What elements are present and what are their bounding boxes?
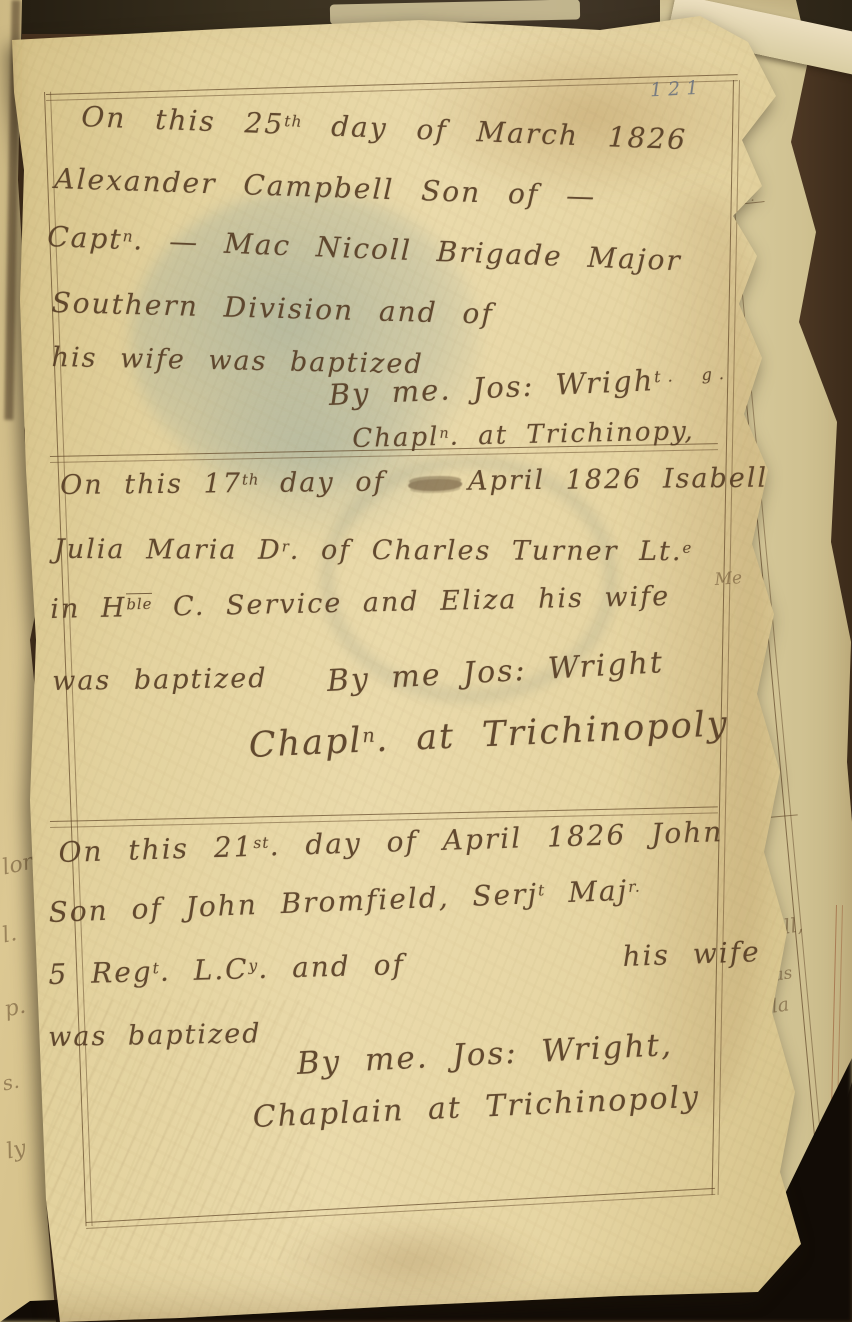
signature-line: By me. Jos: Wright. g. bbox=[328, 360, 732, 412]
entry-date-line: On this 17th day of April 1826 Isabella bbox=[60, 462, 786, 501]
stain bbox=[280, 1220, 540, 1300]
entry-baptized-line: was baptized bbox=[52, 663, 268, 697]
page-number: 121 bbox=[649, 77, 704, 102]
entry-parent-line: Captn. — Mac Nicoll Brigade Major bbox=[47, 220, 683, 277]
entry-baptized-line: was baptized bbox=[48, 1018, 262, 1053]
entry-parent-line: Son of John Bromfield, Serjt Majr. bbox=[48, 873, 641, 929]
entry-baptized-line: his wife was baptized bbox=[51, 342, 424, 380]
chaplain-line: Chaplain at Trichinopoly bbox=[252, 1080, 701, 1135]
table-border-top bbox=[46, 74, 738, 101]
stain bbox=[130, 190, 480, 490]
stain bbox=[180, 370, 450, 540]
entry-parent-line: in Hble C. Service and Eliza his wife bbox=[50, 581, 671, 625]
entry-date-line: On this 25th day of March 1826 bbox=[81, 100, 688, 156]
entry-division-line: Southern Division and of bbox=[51, 286, 494, 331]
table-border-right bbox=[712, 80, 740, 1195]
table-border-left bbox=[44, 92, 93, 1226]
margin-fragment: Me bbox=[714, 568, 743, 590]
entry-name-line: Alexander Campbell Son of — bbox=[54, 162, 597, 213]
entry-name-line: Julia Maria Dr. of Charles Turner Lt.e bbox=[54, 534, 692, 567]
struck-out-word bbox=[408, 479, 462, 492]
stain bbox=[620, 190, 770, 1110]
entry-date-line: On this 21st. day of April 1826 John bbox=[58, 815, 724, 869]
register-page-wrap: 121 On this 25th day of March 1826 Alexa… bbox=[0, 0, 852, 1322]
register-page: 121 On this 25th day of March 1826 Alexa… bbox=[0, 0, 852, 1322]
table-row-divider bbox=[50, 443, 718, 463]
stain-ring bbox=[320, 455, 618, 703]
table-row-divider bbox=[50, 806, 718, 828]
ink-showthrough-hatch bbox=[40, 1000, 310, 1260]
chaplain-line: Chapln. at Trichinopy, bbox=[352, 416, 695, 454]
entry-wife-line: his wife bbox=[622, 935, 761, 973]
signature-line: By me Jos: Wright bbox=[326, 645, 665, 699]
entry-regiment-line: 5 Regt. L.Cy. and of bbox=[48, 948, 405, 991]
signature-line: By me. Jos: Wright, bbox=[296, 1027, 674, 1082]
table-border-bottom bbox=[86, 1188, 715, 1229]
chaplain-line: Chapln. at Trichinopoly bbox=[248, 704, 730, 766]
stain bbox=[420, 36, 760, 196]
